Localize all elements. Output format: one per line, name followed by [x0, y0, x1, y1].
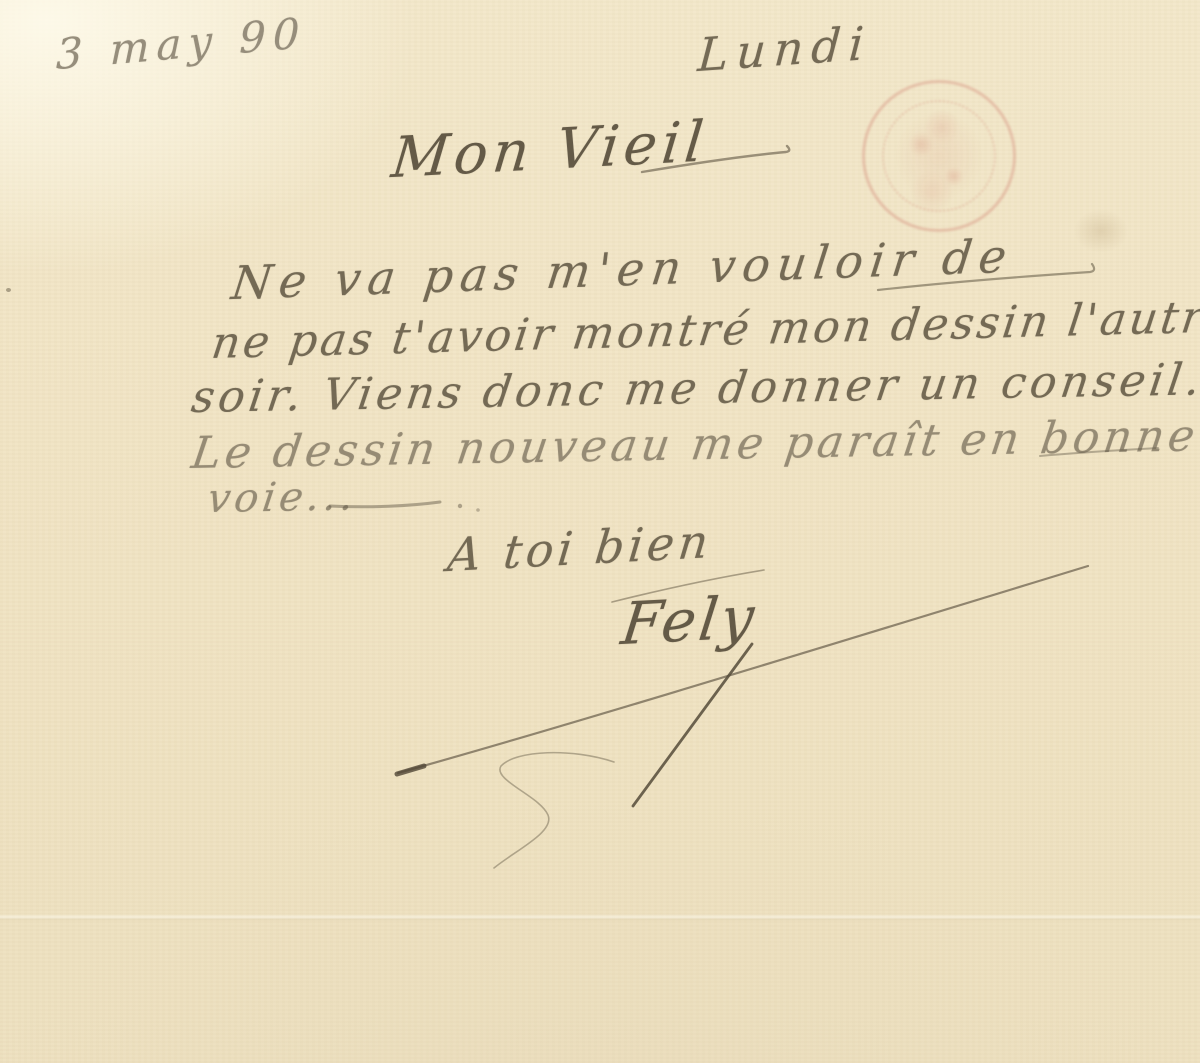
signature-crossbar-stroke	[612, 570, 764, 602]
fold-crease	[0, 914, 1200, 921]
line4-trailing-dash	[1040, 448, 1158, 456]
line1-trailing-dash	[878, 264, 1094, 290]
voie-dot	[458, 504, 462, 508]
voie-trailing-dash	[330, 502, 440, 507]
ink-strokes-overlay	[0, 0, 1200, 1063]
voie-dot	[476, 508, 480, 512]
paraph-s-curve	[494, 753, 614, 868]
ink-dot	[6, 288, 11, 292]
salutation-flourish-stroke	[642, 146, 789, 172]
paraph-long-line	[398, 566, 1088, 773]
signature-y-tail-stroke	[633, 644, 752, 806]
paraph-long-line-blunt-start	[397, 766, 424, 774]
letter-scan: 3 may 90 Lundi Mon Vieil Ne va pas m'en …	[0, 0, 1200, 1063]
